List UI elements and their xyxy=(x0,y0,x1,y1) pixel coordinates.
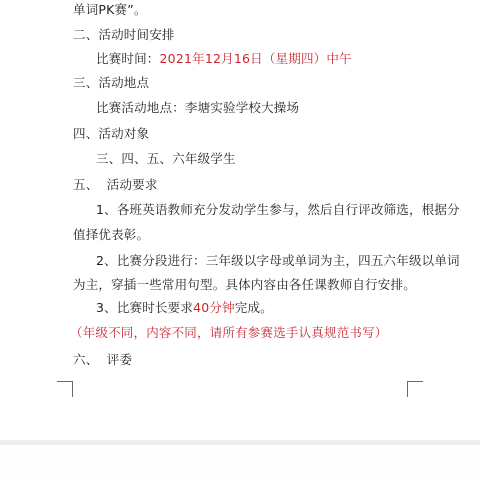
event-location: 比赛活动地点：李塘实验学校大操场 xyxy=(96,100,299,116)
event-time-label: 比赛时间： xyxy=(96,51,160,66)
margin-corner-mark-left xyxy=(57,381,73,397)
event-time: 比赛时间：2021年12月16日（星期四）中午 xyxy=(96,51,352,67)
duration-highlight: 40分钟 xyxy=(193,300,235,315)
requirement-2-cont: 为主，穿插一些常用句型。具体内容由各任课教师自行安排。 xyxy=(73,277,416,293)
section-heading: 二、活动时间安排 xyxy=(73,27,175,43)
section-heading: 三、活动地点 xyxy=(73,75,149,91)
requirement-3: 3、比赛时长要求40分钟完成。 xyxy=(96,300,273,316)
section-heading: 五、 活动要求 xyxy=(73,177,158,193)
requirement-1-cont: 值择优表彰。 xyxy=(73,227,149,243)
text-line: 单词PK赛”。 xyxy=(73,2,147,18)
requirement-3-suffix: 完成。 xyxy=(235,300,273,315)
next-page xyxy=(0,445,480,480)
note-red: （年级不同，内容不同，请所有参赛选手认真规范书写） xyxy=(70,325,388,341)
document-page: 单词PK赛”。 二、活动时间安排 比赛时间：2021年12月16日（星期四）中午… xyxy=(0,0,480,440)
requirement-3-prefix: 3、比赛时长要求 xyxy=(96,300,193,315)
event-time-value: 2021年12月16日（星期四）中午 xyxy=(160,51,352,66)
margin-corner-mark-right xyxy=(407,381,423,397)
requirement-2: 2、比赛分段进行：三年级以字母或单词为主，四五六年级以单词 xyxy=(96,253,460,269)
target-audience: 三、四、五、六年级学生 xyxy=(96,151,236,167)
requirement-1: 1、各班英语教师充分发动学生参与，然后自行评改筛选，根据分 xyxy=(96,202,460,218)
section-heading: 六、 评委 xyxy=(73,352,132,368)
section-heading: 四、活动对象 xyxy=(73,126,149,142)
